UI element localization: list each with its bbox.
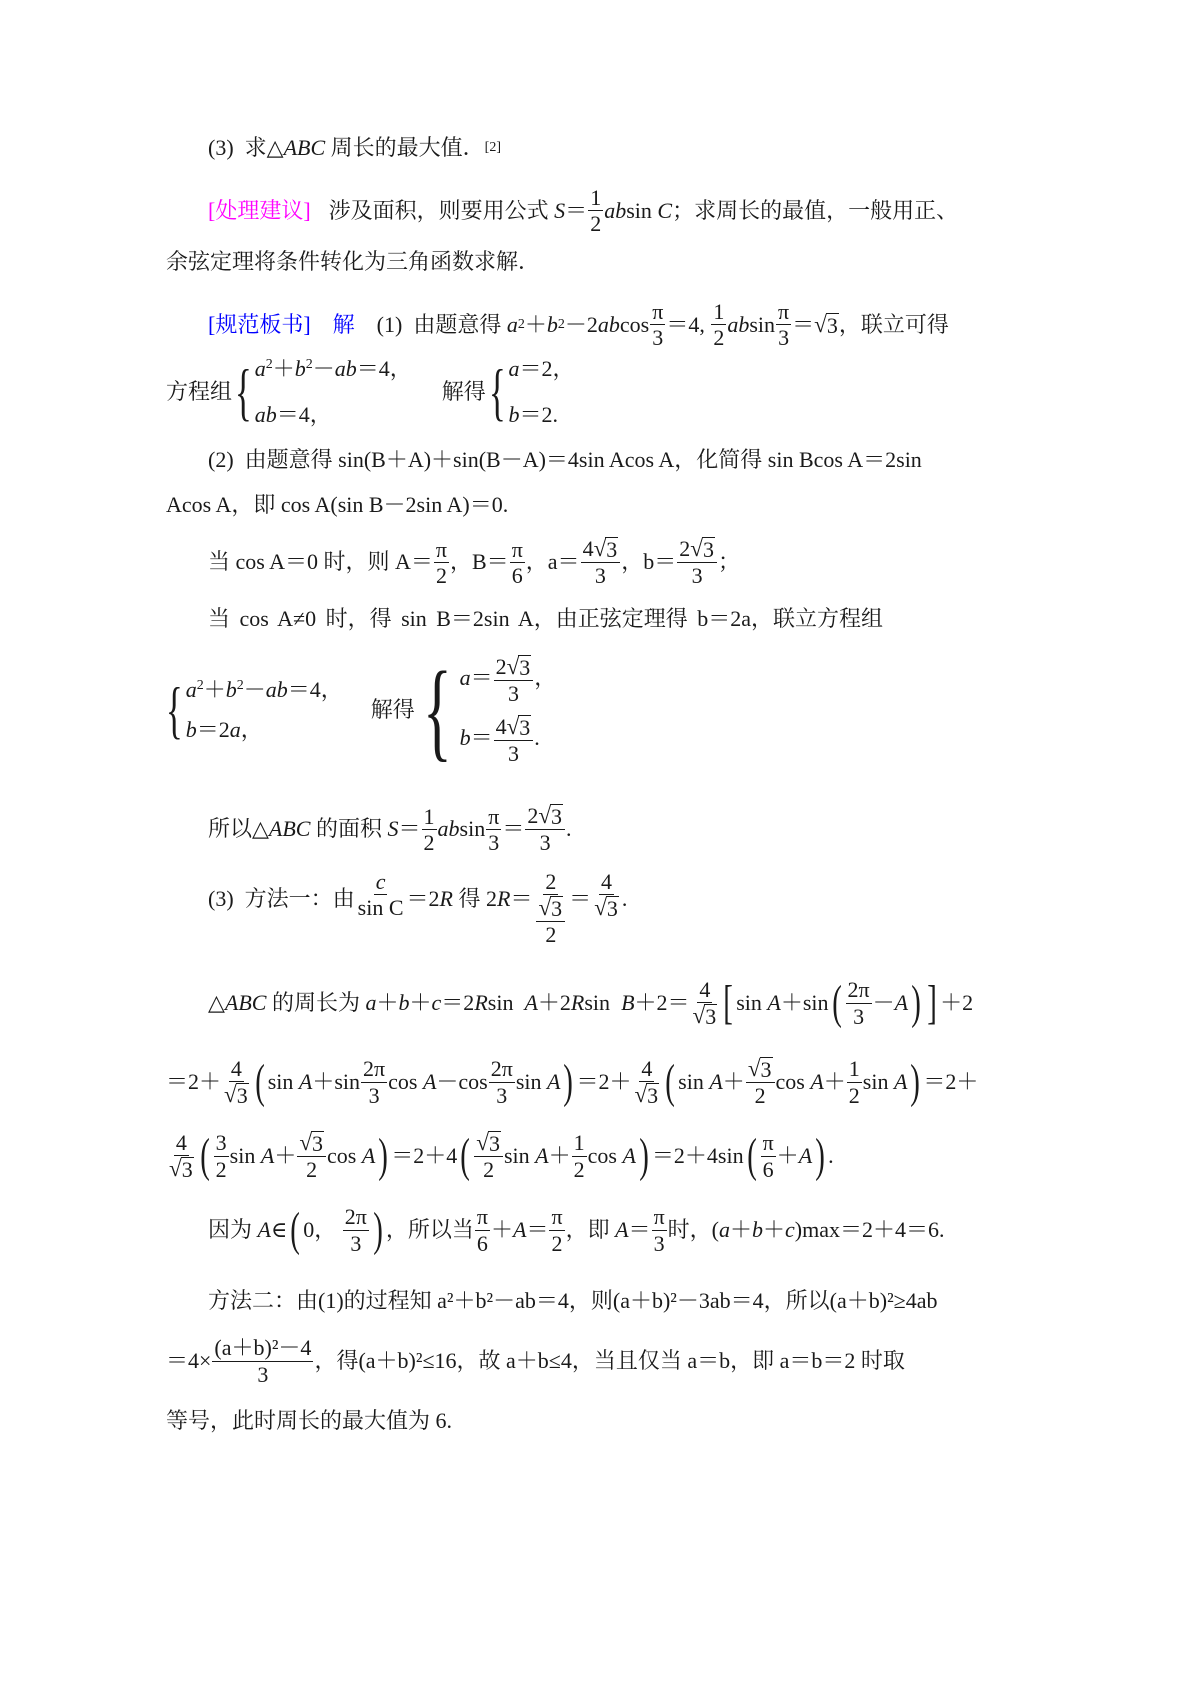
part-label: (2)	[208, 449, 234, 471]
numerator: π	[510, 538, 525, 563]
denominator: 2	[434, 563, 449, 587]
fraction-pi-3: π3	[776, 300, 791, 349]
method-1: (3) 方法一：由 csin C ＝2R 得 2R＝ 2√32 ＝ 4√3.	[208, 870, 627, 950]
solution-text: 方法二：由(1)的过程知 a²＋b²－ab＝4，则(a＋b)²－3ab＝4，所以…	[208, 1290, 938, 1312]
question-3: (3) 求△ABC 周长的最大值．[2]	[208, 137, 501, 159]
solution-jie: 解	[333, 314, 355, 336]
question-text: 周长的最大值．	[331, 137, 485, 159]
solution-text: 等号，此时周长的最大值为 6.	[166, 1410, 452, 1432]
part-label: (1)	[377, 314, 403, 336]
part-label: (3)	[208, 888, 234, 910]
solution-text: ，a＝	[526, 551, 580, 573]
fraction-pi-2: π2	[434, 538, 449, 587]
denominator: 3	[690, 563, 705, 587]
denominator: 3	[593, 563, 608, 587]
solution-part-2-line-1: (2) 由题意得 sin(B＋A)＋sin(B－A)＝4sin Acos A，化…	[208, 449, 922, 471]
solution-text: 当 cos A≠0 时，得 sin B＝2sin A，由正弦定理得 b＝2a，联…	[208, 608, 883, 630]
solution-text: ，b＝	[621, 551, 676, 573]
result-row: a＝2，	[509, 358, 575, 380]
solve-label: 解得	[371, 699, 415, 721]
paren-icon: )	[911, 979, 921, 1027]
radicand: 3	[826, 313, 839, 337]
fraction-pi-3: π3	[650, 300, 665, 349]
equation-row: a2＋b2－ab＝4，	[186, 679, 343, 701]
result-row: b＝4√33.	[460, 715, 557, 765]
system-equations: a2＋b2－ab＝4， ab＝4，	[255, 358, 412, 426]
solution-text: ，得(a＋b)²≤16，故 a＋b≤4，当且仅当 a＝b，即 a＝b＝2 时取	[314, 1350, 904, 1372]
math-value: ＝2.	[520, 402, 559, 427]
solution-text: 方法一：由	[245, 888, 355, 910]
math-var: C	[657, 200, 672, 222]
math-var: ab	[255, 402, 277, 427]
math-op: －	[565, 314, 587, 336]
sqrt-3: √3	[814, 313, 839, 337]
math-var: ab	[727, 314, 749, 336]
solution-text: 当 cos A＝0 时，则 A＝	[208, 551, 433, 573]
math-var: ab	[604, 200, 626, 222]
method-2-line-2: ＝4×(a＋b)²－43，得(a＋b)²≤16，故 a＋b≤4，当且仅当 a＝b…	[166, 1331, 905, 1391]
equation-row: b＝2a，	[186, 719, 343, 741]
math-var: S	[554, 200, 565, 222]
solve-label: 解得	[442, 381, 486, 403]
system-2: { a2＋b2－ab＝4， b＝2a， 解得{ a＝2√33， b＝4√33.	[163, 655, 556, 765]
math-var: a	[507, 314, 518, 336]
bracket-icon: [	[723, 979, 733, 1027]
brace-icon: {	[423, 655, 452, 765]
equation-row: a2＋b2－ab＝4，	[255, 358, 412, 380]
math-op: ＋	[525, 314, 547, 336]
math-value: ＝2，	[520, 356, 575, 381]
suggestion-line-1: [处理建议] 涉及面积，则要用公式 S＝ 12absin C；求周长的最值，一般…	[208, 186, 958, 235]
solution-text: Acos A，即 cos A(sin B－2sin A)＝0.	[166, 494, 508, 516]
solution-text: 由题意得	[413, 314, 501, 336]
solution-text: ；	[718, 551, 740, 573]
numerator: π	[776, 300, 791, 325]
bracket-icon: ]	[927, 979, 937, 1027]
math-var: ab	[598, 314, 620, 336]
fraction-4root3-3: 4√33	[581, 537, 621, 587]
system-equations: a2＋b2－ab＝4， b＝2a，	[186, 679, 343, 741]
math-var: b	[509, 402, 520, 427]
suggestion-text: ；求周长的最值，一般用正、	[672, 200, 958, 222]
method-2-line-3: 等号，此时周长的最大值为 6.	[166, 1410, 452, 1432]
math-op: ＝4,	[666, 314, 705, 336]
brace-icon: {	[489, 360, 506, 424]
denominator: 3	[776, 325, 791, 349]
numerator: 4√3	[581, 537, 621, 563]
solution-text: ＝4×	[166, 1350, 211, 1372]
method-2-line-1: 方法二：由(1)的过程知 a²＋b²－ab＝4，则(a＋b)²－3ab＝4，所以…	[208, 1290, 938, 1312]
numerator: 1	[588, 186, 603, 211]
perimeter-line-2: ＝2＋4√3(sin A＋sin2π3cos A－cos2π3sin A)＝2＋…	[166, 1052, 978, 1112]
system-result: a＝2√33， b＝4√33.	[460, 655, 557, 765]
area-line: 所以△ABC 的面积 S＝12absinπ3＝2√33.	[208, 804, 572, 854]
system-result: a＝2， b＝2.	[509, 358, 575, 426]
numerator: 2√3	[677, 537, 717, 563]
numerator: π	[434, 538, 449, 563]
brace-icon: {	[166, 678, 183, 742]
fraction-half: 12	[711, 300, 726, 349]
fraction-2root3-3: 2√33	[677, 537, 717, 587]
perimeter-line-1: △ABC 的周长为 a＋b＋c＝2Rsin A＋2Rsin B＋2＝ 4√3[s…	[208, 973, 973, 1033]
question-label: (3)	[208, 137, 234, 159]
fraction-2root3-3: 2√33	[525, 804, 565, 854]
suggestion-text: 涉及面积，则要用公式	[329, 200, 549, 222]
math-var: b	[547, 314, 558, 336]
solution-text: ，B＝	[450, 551, 509, 573]
math-op: ＝	[565, 200, 587, 222]
denominator: 3	[650, 325, 665, 349]
paren-icon: (	[832, 979, 842, 1027]
solution-part-2-line-2: Acos A，即 cos A(sin B－2sin A)＝0.	[166, 494, 508, 516]
fraction-half: 12	[588, 186, 603, 235]
fraction-pi-6: π6	[510, 538, 525, 587]
solution-text: ，联立可得	[839, 314, 949, 336]
math-op: ＝	[792, 314, 814, 336]
denominator: 2	[588, 211, 603, 235]
result-row: b＝2.	[509, 404, 575, 426]
question-text: 求△	[245, 137, 284, 159]
fraction-2-over-root3-2: 2√32	[533, 870, 568, 946]
triangle-name: ABC	[284, 137, 326, 159]
case-2: 当 cos A≠0 时，得 sin B＝2sin A，由正弦定理得 b＝2a，联…	[208, 608, 883, 630]
suggestion-tag: [处理建议]	[208, 200, 311, 222]
solution-part-1: [规范板书] 解 (1) 由题意得 a2＋b2－2abcosπ3＝4, 12ab…	[208, 300, 949, 349]
suggestion-text: 余弦定理将条件转化为三角函数求解．	[166, 251, 540, 273]
result-row: a＝2√33，	[460, 655, 557, 705]
denominator: 6	[510, 563, 525, 587]
system-1: 方程组{ a2＋b2－ab＝4， ab＝4， 解得{ a＝2， b＝2.	[166, 358, 575, 426]
perimeter-line-3: 4√3(32sin A＋√32cos A)＝2＋4(√32sin A＋12cos…	[166, 1126, 834, 1186]
math-fn: sin	[626, 200, 652, 222]
conclusion-line: 因为 A∈(0， 2π3)，所以当π6＋A＝π2，即 A＝π3时，(a＋b＋c)…	[208, 1200, 945, 1260]
numerator: π	[650, 300, 665, 325]
suggestion-line-2: 余弦定理将条件转化为三角函数求解．	[166, 251, 540, 273]
math-var: a	[509, 356, 520, 381]
system-label: 方程组	[166, 381, 232, 403]
solution-text: 由题意得 sin(B＋A)＋sin(B－A)＝4sin Acos A，化简得 s…	[245, 449, 922, 471]
denominator: 2	[711, 325, 726, 349]
equation-row: ab＝4，	[255, 404, 412, 426]
math-op: ＝4，	[277, 402, 332, 427]
case-1: 当 cos A＝0 时，则 A＝ π2 ，B＝ π6 ，a＝ 4√33 ，b＝ …	[208, 537, 740, 587]
numerator: 1	[711, 300, 726, 325]
brace-icon: {	[235, 360, 252, 424]
solution-tag: [规范板书]	[208, 314, 311, 336]
